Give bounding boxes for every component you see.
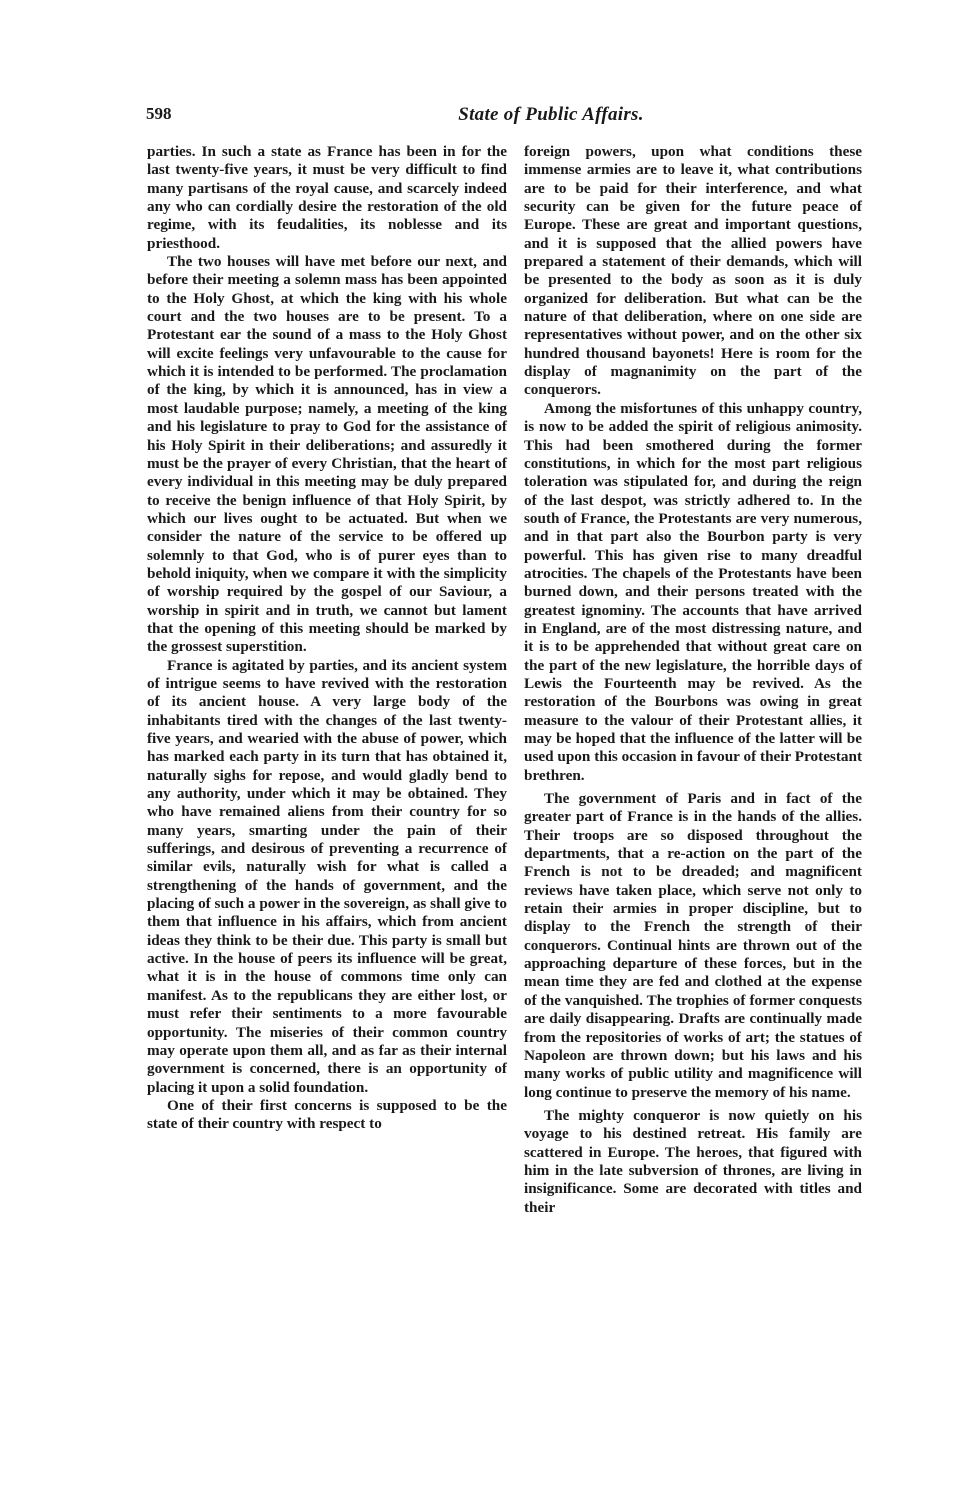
page-header: 598 State of Public Affairs. bbox=[146, 104, 866, 128]
paragraph: The mighty conqueror is now quietly on h… bbox=[524, 1107, 862, 1217]
paragraph: The two houses will have met before our … bbox=[147, 253, 507, 657]
left-column: parties. In such a state as France has b… bbox=[147, 143, 507, 1134]
paragraph: foreign powers, upon what conditions the… bbox=[524, 143, 862, 400]
paragraph: Among the misfortunes of this unhappy co… bbox=[524, 400, 862, 785]
paragraph: parties. In such a state as France has b… bbox=[147, 143, 507, 253]
paragraph: The government of Paris and in fact of t… bbox=[524, 790, 862, 1102]
paragraph: France is agitated by parties, and its a… bbox=[147, 657, 507, 1097]
running-title: State of Public Affairs. bbox=[146, 104, 866, 126]
paragraph: One of their first concerns is supposed … bbox=[147, 1097, 507, 1134]
right-column: foreign powers, upon what conditions the… bbox=[524, 143, 862, 1217]
